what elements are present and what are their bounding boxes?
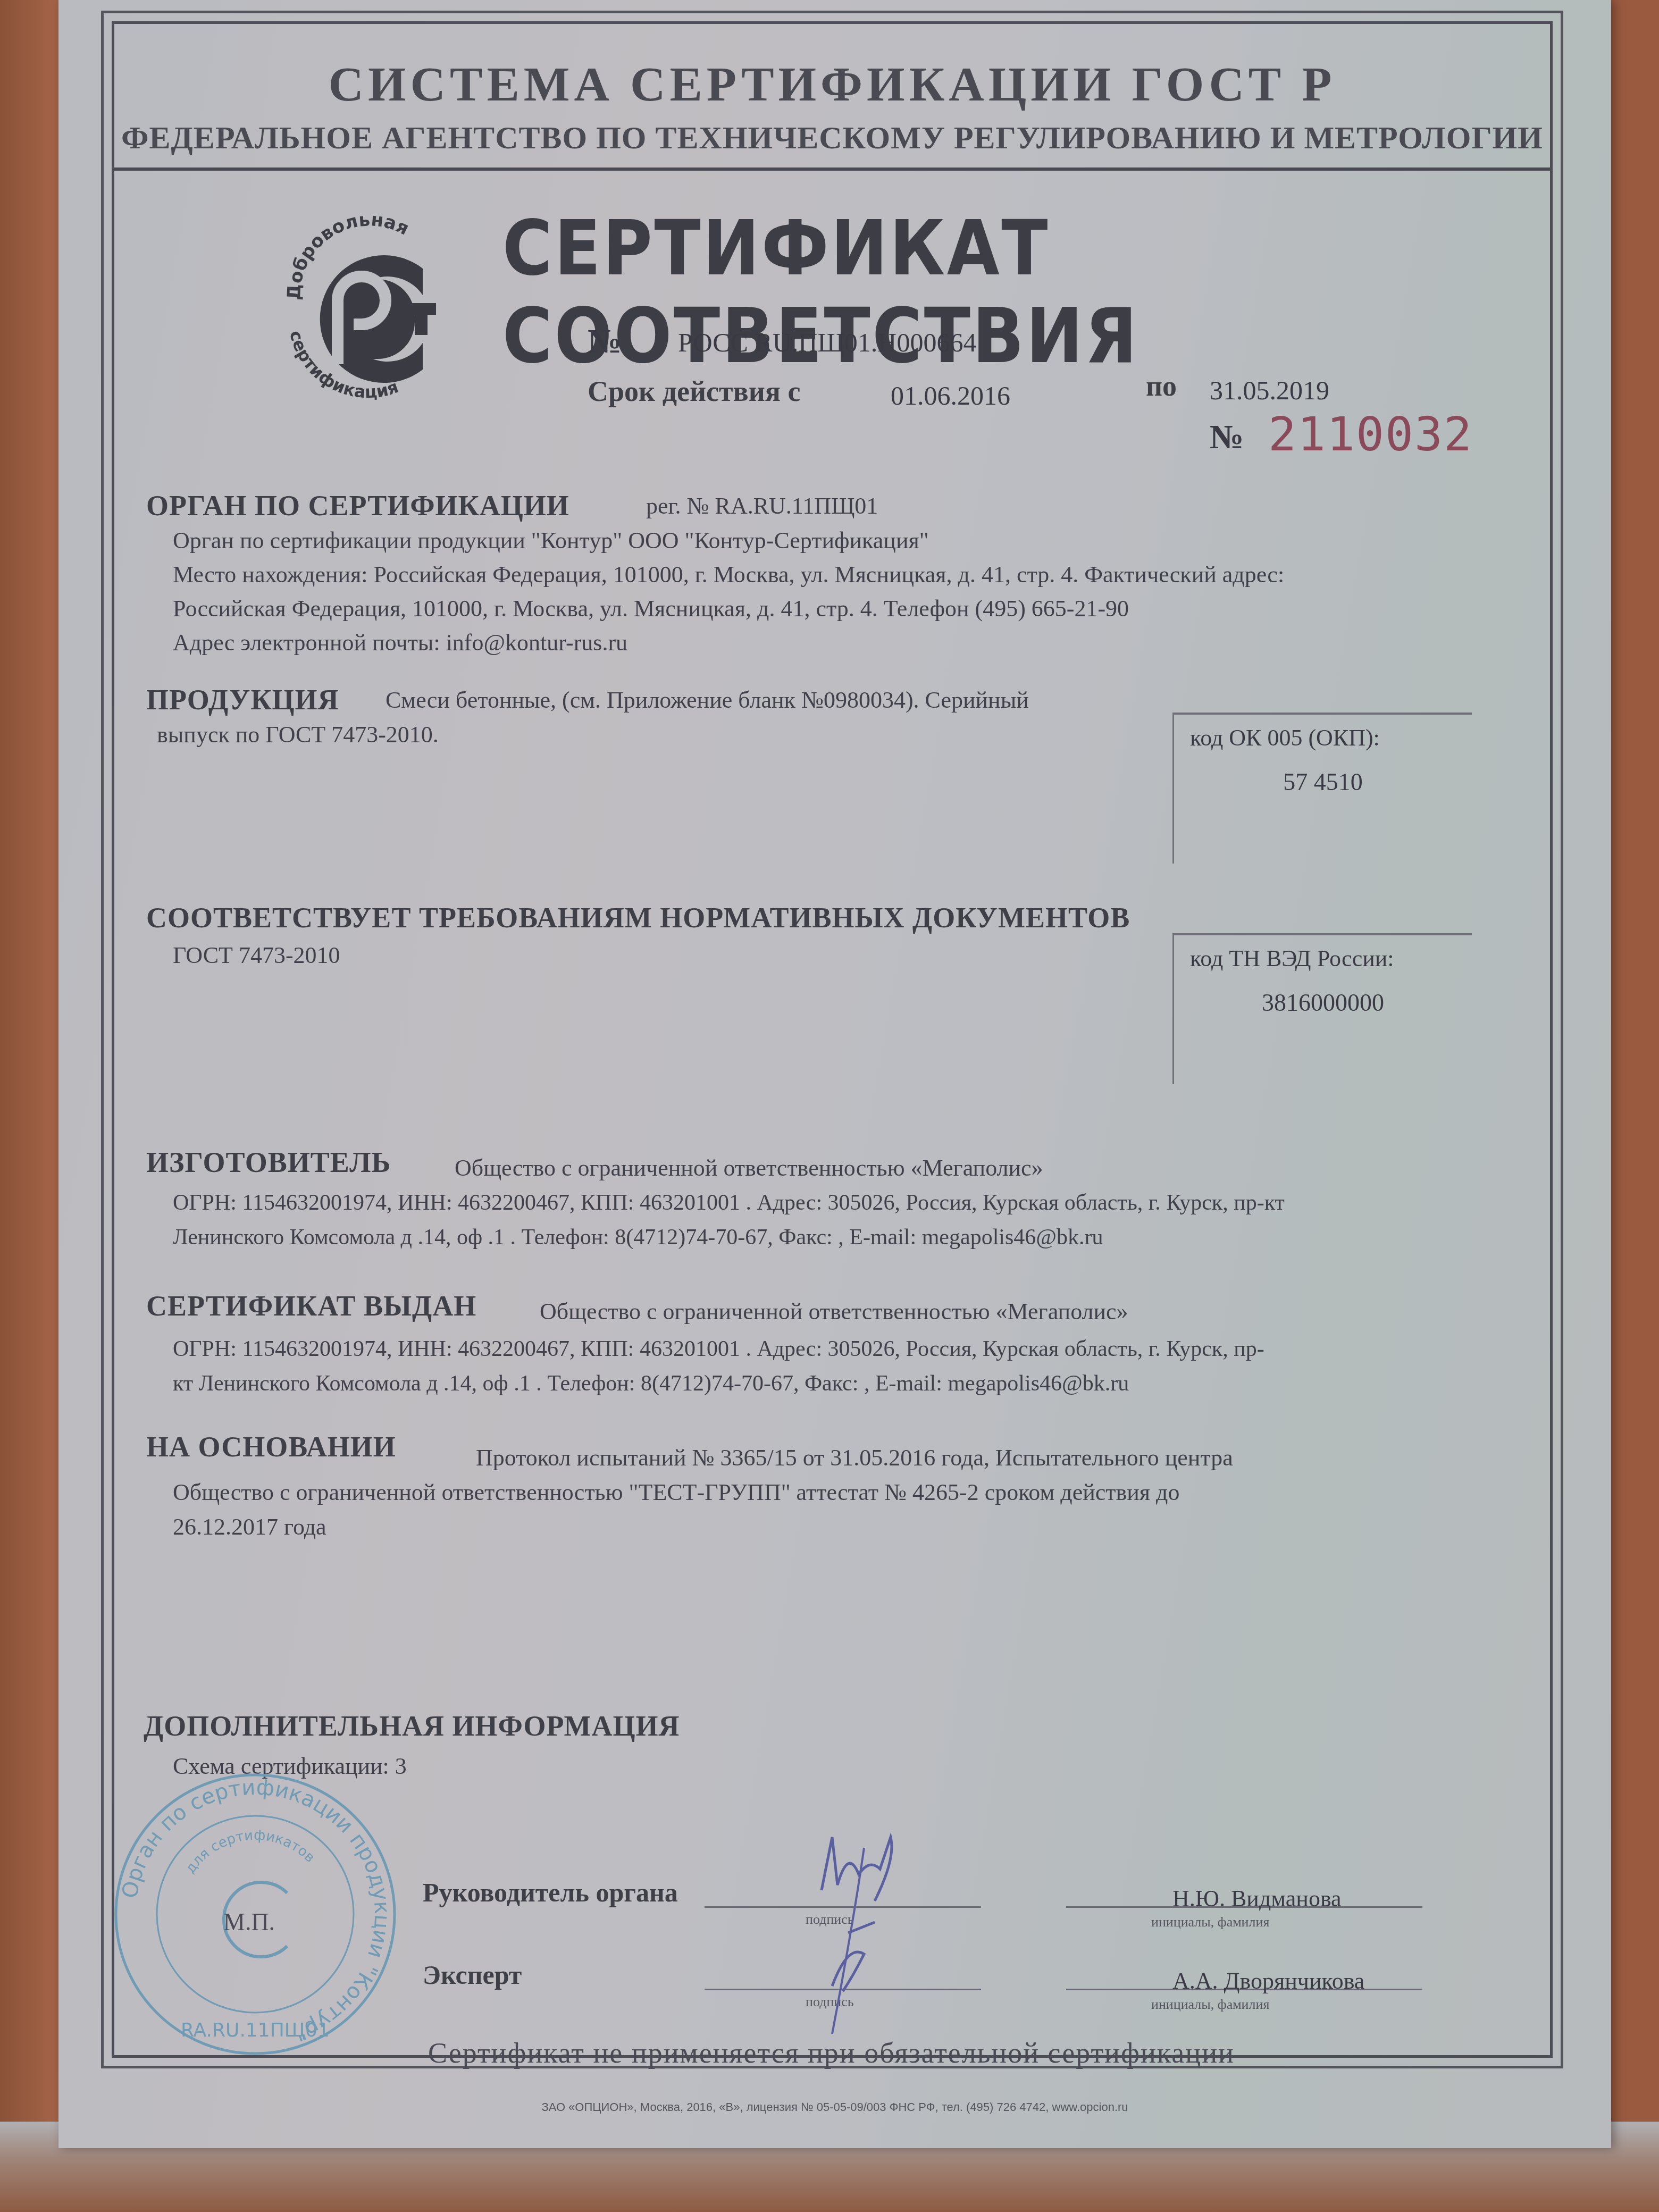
cert-body-heading: ОРГАН ПО СЕРТИФИКАЦИИ — [146, 489, 569, 522]
manufacturer-heading: ИЗГОТОВИТЕЛЬ — [146, 1146, 391, 1179]
issued-to-line-1: ОГРН: 1154632001974, ИНН: 4632200467, КП… — [173, 1332, 1264, 1366]
issued-to-name: Общество с ограниченной ответственностью… — [540, 1295, 1128, 1329]
inner-frame: СИСТЕМА СЕРТИФИКАЦИИ ГОСТ Р ФЕДЕРАЛЬНОЕ … — [112, 21, 1553, 2058]
okp-code-box: код ОК 005 (ОКП): 57 4510 — [1172, 713, 1472, 864]
printer-imprint: ЗАО «ОПЦИОН», Москва, 2016, «В», лицензи… — [58, 2100, 1611, 2114]
product-line-1: Смеси бетонные, (см. Приложение бланк №0… — [386, 683, 1029, 717]
seal-stamp-icon: Орган по сертификации продукции "Контур"… — [112, 1771, 399, 2058]
cert-body-reg-number: рег. № RA.RU.11ПЩ01 — [646, 489, 878, 523]
blank-number-sign: № — [1210, 417, 1244, 457]
stamp-inner-text: для сертификатов — [182, 1828, 318, 1876]
manufacturer-name: Общество с ограниченной ответственностью… — [455, 1151, 1043, 1185]
stamp-reg-number: RA.RU.11ПЩ01 — [181, 2020, 330, 2041]
expert-name: А.А. Дворянчикова — [1172, 1967, 1364, 1995]
basis-heading: НА ОСНОВАНИИ — [146, 1430, 396, 1463]
validity-label: Срок действия с — [588, 375, 801, 408]
manufacturer-line-2: Ленинского Комсомола д .14, оф .1 . Теле… — [173, 1220, 1103, 1254]
okp-value: 57 4510 — [1174, 768, 1472, 796]
header-band: СИСТЕМА СЕРТИФИКАЦИИ ГОСТ Р ФЕДЕРАЛЬНОЕ … — [114, 24, 1550, 171]
normative-documents: ГОСТ 7473-2010 — [173, 939, 340, 973]
signature-scribble-icon — [800, 1826, 939, 2039]
certificate-document: СИСТЕМА СЕРТИФИКАЦИИ ГОСТ Р ФЕДЕРАЛЬНОЕ … — [58, 0, 1611, 2148]
product-heading: ПРОДУКЦИЯ — [146, 683, 339, 716]
agency-name: ФЕДЕРАЛЬНОЕ АГЕНТСТВО ПО ТЕХНИЧЕСКОМУ РЕ… — [114, 120, 1550, 156]
cert-body-line: Адрес электронной почты: info@kontur-rus… — [173, 626, 1502, 660]
seal-place-label: М.П. — [223, 1908, 275, 1935]
head-name-caption: инициалы, фамилия — [1151, 1914, 1269, 1930]
valid-to-label: по — [1146, 370, 1177, 403]
basis-line-2: Общество с ограниченной ответственностью… — [173, 1476, 1179, 1510]
tnved-code-box: код ТН ВЭД России: 3816000000 — [1172, 933, 1472, 1084]
expert-name-caption: инициалы, фамилия — [1151, 1997, 1269, 2013]
valid-to: 31.05.2019 — [1210, 375, 1329, 406]
valid-from: 01.06.2016 — [891, 380, 1010, 411]
table-surface — [0, 0, 58, 2212]
cert-body-line: Место нахождения: Российская Федерация, … — [173, 558, 1502, 592]
product-line-2: выпуск по ГОСТ 7473-2010. — [157, 718, 439, 752]
basis-line-1: Протокол испытаний № 3365/15 от 31.05.20… — [476, 1441, 1233, 1475]
blank-serial-number: 2110032 — [1268, 407, 1473, 462]
rst-mark-icon: Добровольная сертификация — [269, 210, 471, 412]
conformity-heading: СООТВЕТСТВУЕТ ТРЕБОВАНИЯМ НОРМАТИВНЫХ ДО… — [146, 901, 1130, 934]
system-title: СИСТЕМА СЕРТИФИКАЦИИ ГОСТ Р — [114, 56, 1550, 112]
head-of-body-label: Руководитель органа — [423, 1877, 678, 1908]
certificate-number: РОСС RU.ПЩ01.Н000664 — [678, 327, 976, 358]
tnved-value: 3816000000 — [1174, 988, 1472, 1017]
number-sign: № — [588, 322, 622, 361]
cert-body-details: Орган по сертификации продукции "Контур"… — [173, 524, 1502, 660]
cert-body-line: Российская Федерация, 101000, г. Москва,… — [173, 592, 1502, 626]
issued-to-line-2: кт Ленинского Комсомола д .14, оф .1 . Т… — [173, 1367, 1129, 1401]
issued-to-heading: СЕРТИФИКАТ ВЫДАН — [146, 1289, 476, 1322]
svg-text:для сертификатов: для сертификатов — [182, 1828, 318, 1876]
tnved-label: код ТН ВЭД России: — [1190, 945, 1394, 972]
additional-info-heading: ДОПОЛНИТЕЛЬНАЯ ИНФОРМАЦИЯ — [144, 1710, 680, 1742]
voluntary-notice: Сертификат не применяется при обязательн… — [428, 2037, 1235, 2069]
basis-line-3: 26.12.2017 года — [173, 1510, 326, 1544]
okp-label: код ОК 005 (ОКП): — [1190, 724, 1380, 751]
head-of-body-name: Н.Ю. Видманова — [1172, 1885, 1342, 1912]
cert-body-line: Орган по сертификации продукции "Контур"… — [173, 524, 1502, 558]
expert-label: Эксперт — [423, 1959, 522, 1990]
manufacturer-line-1: ОГРН: 1154632001974, ИНН: 4632200467, КП… — [173, 1186, 1285, 1220]
